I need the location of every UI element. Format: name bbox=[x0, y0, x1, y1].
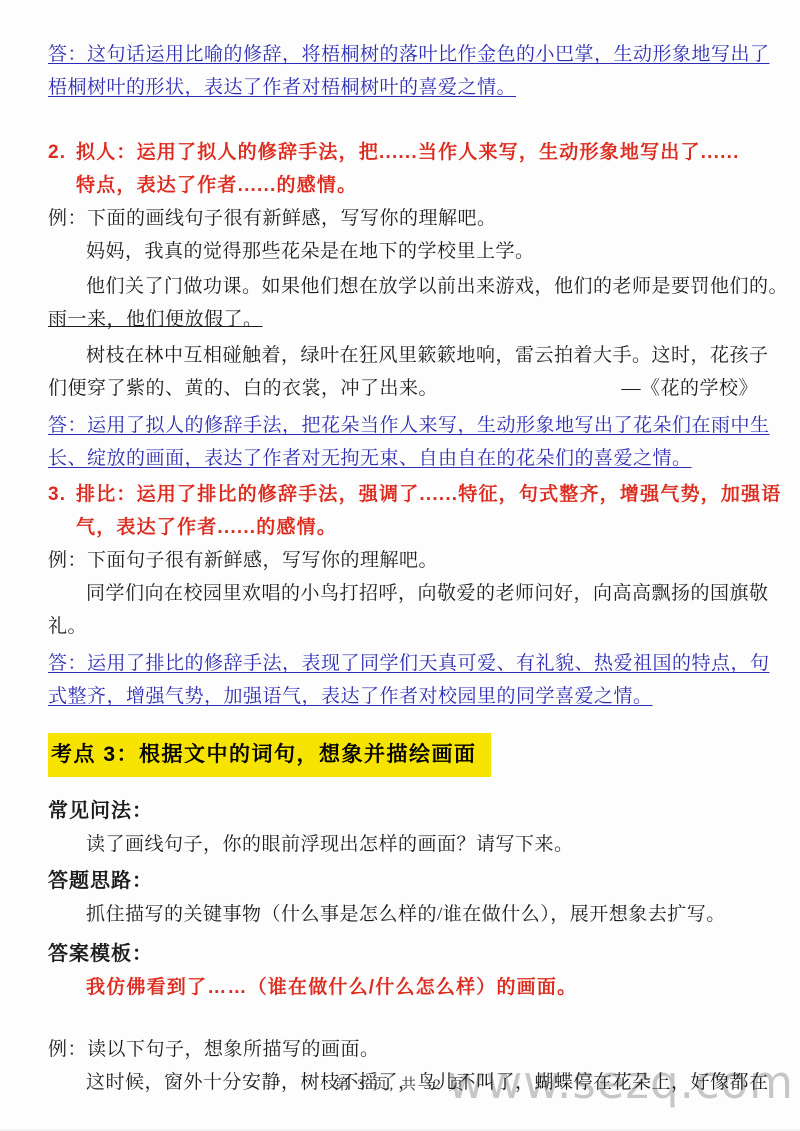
rhetoric-point-personification: 2. 拟人：运用了拟人的修辞手法，把......当作人来写，生动形象地写出了..… bbox=[48, 136, 758, 169]
rhetoric-point-parallelism: 3. 排比：运用了排比的修辞手法，强调了......特征，句式整齐，增强气势，加… bbox=[48, 478, 758, 511]
answer-template-label: 答案模板： bbox=[48, 938, 758, 971]
common-question-label: 常见问法： bbox=[48, 795, 758, 828]
page-number-indicator: 第 3 页, 共 32 页 bbox=[0, 1073, 800, 1094]
point-number: 2. bbox=[48, 136, 66, 169]
point-text-line-1: 拟人：运用了拟人的修辞手法，把......当作人来写，生动形象地写出了.....… bbox=[76, 142, 740, 163]
quote-source: —《花的学校》 bbox=[621, 372, 758, 405]
example-quote: 礼。 bbox=[48, 610, 758, 643]
answer-personification-line-1: 答：运用了拟人的修辞手法，把花朵当作人来写，生动形象地写出了花朵们在雨中生 bbox=[48, 409, 758, 442]
example-prompt: 例：读以下句子，想象所描写的画面。 bbox=[48, 1033, 758, 1066]
example-quote: 他们关了门做功课。如果他们想在放学以前出来游戏，他们的老师是要罚他们的。 bbox=[48, 270, 758, 303]
answer-template-text: 我仿佛看到了……（谁在做什么/什么怎么样）的画面。 bbox=[48, 971, 758, 1004]
document-page: 答：这句话运用比喻的修辞，将梧桐树的落叶比作金色的小巴掌，生动形象地写出了 梧桐… bbox=[0, 0, 800, 1099]
answer-metaphor-line-1: 答：这句话运用比喻的修辞，将梧桐树的落叶比作金色的小巴掌，生动形象地写出了 bbox=[48, 38, 758, 71]
common-question-text: 读了画线句子，你的眼前浮现出怎样的画面？请写下来。 bbox=[48, 828, 758, 861]
answer-metaphor-line-2: 梧桐树叶的形状，表达了作者对梧桐树叶的喜爱之情。 bbox=[48, 71, 758, 104]
point-text-line-1: 排比：运用了排比的修辞手法，强调了......特征，句式整齐，增强气势，加强语 bbox=[76, 484, 781, 505]
example-prompt: 例：下面的画线句子很有新鲜感，写写你的理解吧。 bbox=[48, 202, 758, 235]
answer-approach-text: 抓住描写的关键事物（什么事是怎么样的/谁在做什么），展开想象去扩写。 bbox=[48, 898, 758, 931]
example-quote: 们便穿了紫的、黄的、白的衣裳，冲了出来。 bbox=[48, 372, 438, 405]
exam-point-3-heading: 考点 3：根据文中的词句，想象并描绘画面 bbox=[48, 733, 491, 777]
example-prompt: 例：下面句子很有新鲜感，写写你的理解吧。 bbox=[48, 544, 758, 577]
section-heading-wrap: 考点 3：根据文中的词句，想象并描绘画面 bbox=[48, 733, 758, 777]
answer-personification-line-2: 长、绽放的画面，表达了作者对无拘无束、自由自在的花朵们的喜爱之情。 bbox=[48, 442, 758, 475]
example-quote-with-source: 们便穿了紫的、黄的、白的衣裳，冲了出来。 —《花的学校》 bbox=[48, 372, 758, 405]
answer-parallelism-line-1: 答：运用了排比的修辞手法，表现了同学们天真可爱、有礼貌、热爱祖国的特点，句 bbox=[48, 647, 758, 680]
point-text-line-2: 气，表达了作者......的感情。 bbox=[48, 511, 758, 544]
example-quote-underlined: 雨一来，他们便放假了。 bbox=[48, 303, 758, 336]
example-quote: 树枝在林中互相碰触着，绿叶在狂风里簌簌地响，雷云拍着大手。这时，花孩子 bbox=[48, 339, 758, 372]
example-quote: 同学们向在校园里欢唱的小鸟打招呼，向敬爱的老师问好，向高高飘扬的国旗敬 bbox=[48, 577, 758, 610]
answer-parallelism-line-2: 式整齐，增强气势，加强语气，表达了作者对校园里的同学喜爱之情。 bbox=[48, 680, 758, 713]
point-number: 3. bbox=[48, 478, 66, 511]
example-quote: 妈妈，我真的觉得那些花朵是在地下的学校里上学。 bbox=[48, 235, 758, 268]
point-text-line-2: 特点，表达了作者......的感情。 bbox=[48, 169, 758, 202]
answer-approach-label: 答题思路： bbox=[48, 865, 758, 898]
